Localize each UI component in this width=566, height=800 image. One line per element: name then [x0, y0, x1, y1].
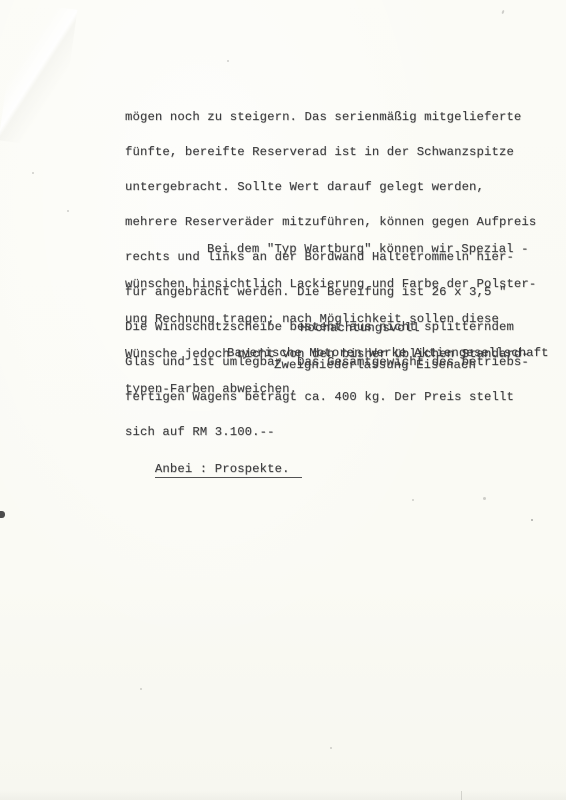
scan-speck [67, 210, 69, 212]
scan-bottom-shadow [0, 790, 566, 800]
letter-line: fünfte, bereifte Reserverad ist in der S… [125, 147, 536, 159]
scan-speck [140, 688, 142, 690]
letter-line: mögen noch zu steigern. Das serienmäßig … [125, 112, 536, 124]
closing-branch-name: Zweigniederlassung Eisenach [274, 360, 476, 372]
closing-salutation: Hochachtungsvoll [300, 323, 420, 335]
letter-line: typen-Farben abweichen. [125, 384, 536, 396]
scan-speck [412, 499, 414, 501]
letter-line: untergebracht. Sollte Wert darauf gelegt… [125, 182, 536, 194]
enclosure-note: Anbei : Prospekte. [125, 452, 302, 490]
scan-edge-mark [0, 511, 5, 518]
scan-speck [227, 60, 229, 62]
scan-speck [531, 519, 533, 521]
scan-fold-line [461, 791, 462, 800]
enclosure-note-text: Anbei : Prospekte. [155, 464, 302, 479]
letter-line: sich auf RM 3.100.-- [125, 427, 536, 439]
letter-line: wünschen hinsichtlich Lackierung und Far… [125, 279, 536, 291]
scan-speck [483, 497, 486, 500]
scan-speck [32, 172, 34, 174]
paper-crease-mark [0, 2, 77, 149]
scan-speck [330, 747, 332, 749]
scanned-letter-page: mögen noch zu steigern. Das serienmäßig … [0, 0, 566, 800]
scan-speck [501, 10, 504, 14]
letter-line: Bei dem "Typ Wartburg" können wir Spezia… [125, 244, 536, 256]
